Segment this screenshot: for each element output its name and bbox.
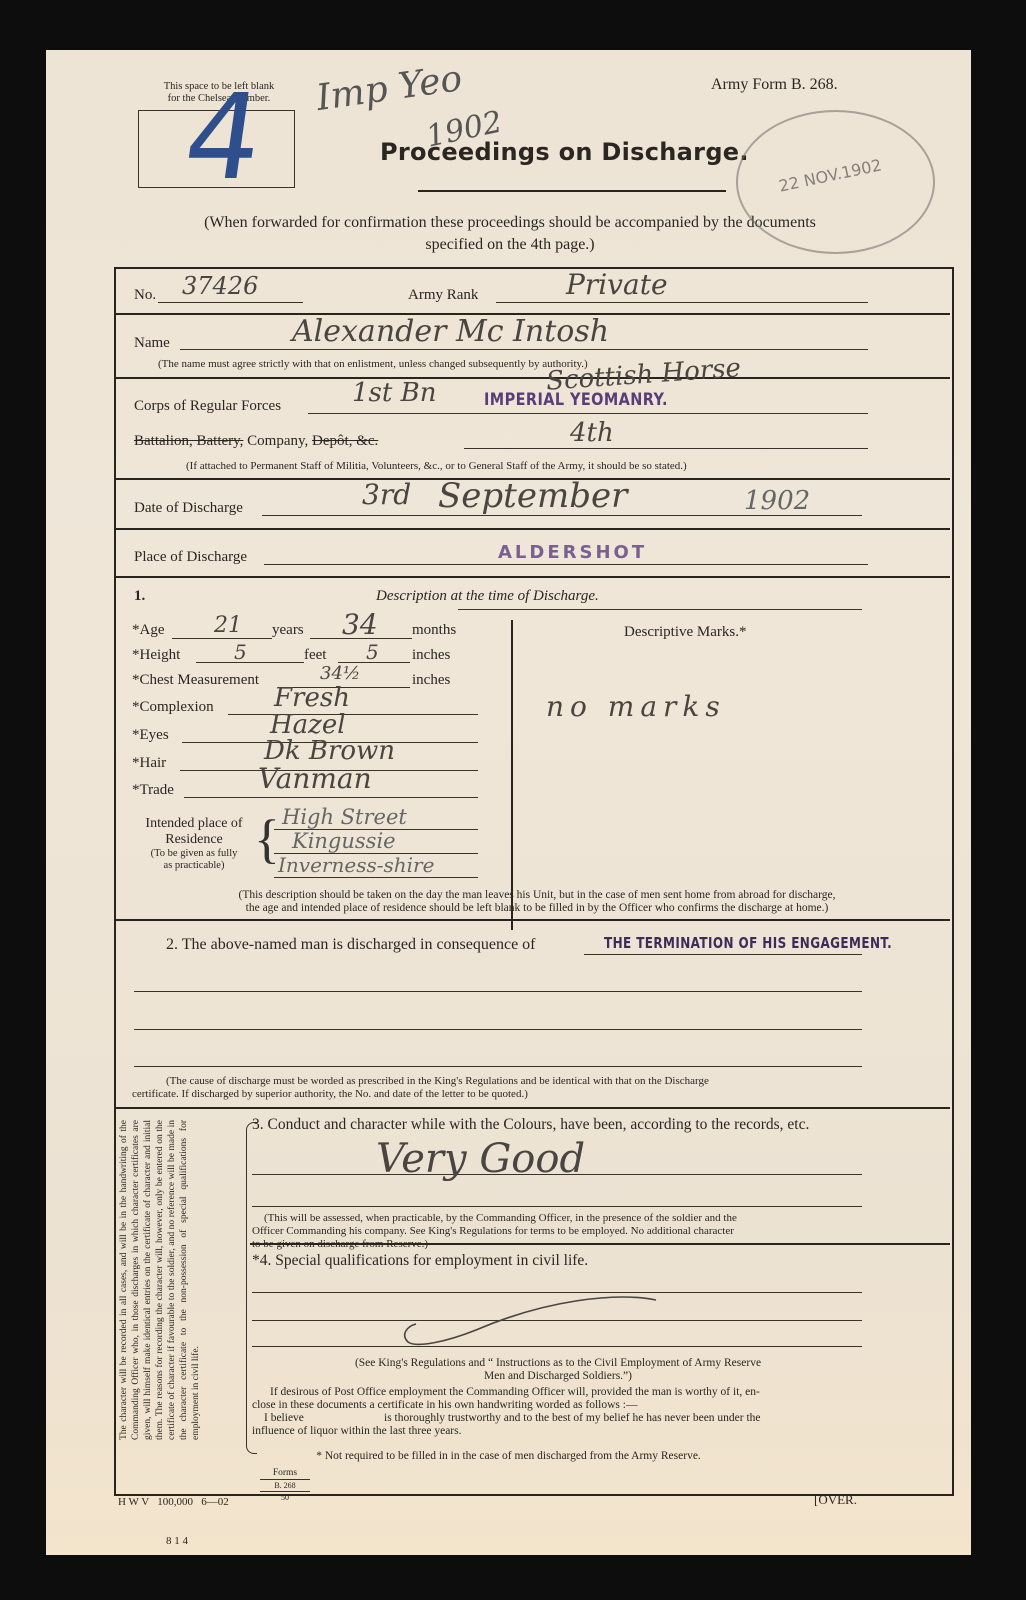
section4-text: *4. Special qualifications for employmen… xyxy=(252,1252,588,1270)
age-label: *Age xyxy=(132,622,165,639)
divider xyxy=(250,1243,950,1245)
battalion-depot-struck: Depôt, &c. xyxy=(312,433,378,449)
chest-inches-label: inches xyxy=(412,672,450,689)
chest-value: 34½ xyxy=(320,663,360,684)
post-office-note: If desirous of Post Office employment th… xyxy=(252,1386,864,1438)
believe-a: I believe xyxy=(252,1412,384,1425)
asterisk-footnote: * Not required to be filled in in the ca… xyxy=(46,1450,971,1463)
believe-b: is thoroughly trustworthy and to the bes… xyxy=(384,1412,761,1424)
corps-stamp: IMPERIAL YEOMANRY. xyxy=(484,390,668,410)
trade-line xyxy=(184,797,478,798)
attached-note: (If attached to Permanent Staff of Milit… xyxy=(186,460,687,473)
divider xyxy=(116,528,950,530)
section2-text: 2. The above-named man is discharged in … xyxy=(166,936,536,954)
descriptive-marks-label: Descriptive Marks.* xyxy=(624,624,746,641)
descriptive-marks-value: no marks xyxy=(546,690,726,723)
section1-heading: Description at the time of Discharge. xyxy=(376,588,599,605)
annotation-imp-yeo: Imp Yeo xyxy=(314,58,465,119)
corps-battalion-value: 1st Bn xyxy=(352,378,436,408)
eyes-label: *Eyes xyxy=(132,727,169,744)
section2-note: (The cause of discharge must be worded a… xyxy=(132,1075,942,1101)
post-office-line3: I believeis thoroughly trustworthy and t… xyxy=(252,1412,864,1425)
height-feet-line xyxy=(196,662,304,663)
corps-label: Corps of Regular Forces xyxy=(134,398,281,415)
name-line xyxy=(180,349,868,350)
section2-note-line2: certificate. If discharged by superior a… xyxy=(132,1088,942,1101)
complexion-line xyxy=(228,714,478,715)
printer-info: H W V 100,000 6—02 8 1 4 xyxy=(118,1470,229,1574)
postmark-date: 22 NOV.1902 xyxy=(777,155,883,195)
divider xyxy=(116,919,950,921)
battalion-label: Battalion, Battery, Company, Depôt, &c. xyxy=(134,433,378,450)
name-label: Name xyxy=(134,335,170,352)
side-note-container: The character will be recorded in all ca… xyxy=(118,1120,248,1440)
description-heading-line xyxy=(458,609,862,610)
inches-label: inches xyxy=(412,647,450,664)
rank-value: Private xyxy=(566,268,668,301)
section4-note-line2: Men and Discharged Soldiers.”) xyxy=(252,1370,864,1383)
place-line xyxy=(264,564,868,565)
form-number: Army Form B. 268. xyxy=(711,76,838,94)
age-months-value: 34 xyxy=(342,608,378,641)
section2-note-line1: (The cause of discharge must be worded a… xyxy=(132,1075,942,1088)
residence-label-line1: Intended place of xyxy=(130,816,258,832)
place-stamp: ALDERSHOT xyxy=(498,542,647,563)
page-title: Proceedings on Discharge. xyxy=(380,138,749,166)
residence-value3: Inverness-shire xyxy=(278,853,434,877)
section2-line4 xyxy=(134,1066,862,1067)
date-day: 3rd xyxy=(362,478,411,511)
date-month: September xyxy=(438,476,627,516)
section3-note: (This will be assessed, when practicable… xyxy=(252,1212,864,1251)
section4-note: (See King's Regulations and “ Instructio… xyxy=(252,1357,864,1383)
height-label: *Height xyxy=(132,647,180,664)
footnote-line1: (This description should be taken on the… xyxy=(132,889,942,902)
post-office-line1: If desirous of Post Office employment th… xyxy=(252,1386,864,1399)
name-value: Alexander Mc Intosh xyxy=(292,314,609,349)
forms-top: Forms xyxy=(260,1468,310,1480)
chest-label: *Chest Measurement xyxy=(132,672,259,689)
section2-line3 xyxy=(134,1029,862,1030)
rank-line xyxy=(496,302,868,303)
date-year: 1902 xyxy=(744,486,810,516)
title-underline xyxy=(418,190,726,192)
divider xyxy=(116,377,950,379)
company-line xyxy=(464,448,868,449)
residence-value2: Kingussie xyxy=(292,829,396,853)
residence-value1: High Street xyxy=(282,805,407,829)
printer-line2: 8 1 4 xyxy=(118,1535,229,1548)
forms-mid: B. 268 xyxy=(260,1480,310,1492)
discharge-cause-stamp: THE TERMINATION OF HIS ENGAGEMENT. xyxy=(604,934,892,952)
age-years-line xyxy=(172,638,272,639)
section4-note-line1: (See King's Regulations and “ Instructio… xyxy=(252,1357,864,1370)
section3-note-line2: Officer Commanding his company. See King… xyxy=(252,1225,864,1238)
document-page: This space to be left blank for the Chel… xyxy=(46,50,971,1555)
date-label: Date of Discharge xyxy=(134,500,243,517)
section2-line2 xyxy=(134,991,862,992)
trade-value: Vanman xyxy=(258,762,372,795)
section4-strike-mark xyxy=(386,1290,666,1350)
feet-label: feet xyxy=(304,647,326,664)
months-label: months xyxy=(412,622,456,639)
divider xyxy=(116,1107,950,1109)
no-line xyxy=(158,302,303,303)
place-label: Place of Discharge xyxy=(134,549,247,566)
description-footnote: (This description should be taken on the… xyxy=(132,889,942,915)
company-value: 4th xyxy=(570,418,614,448)
age-years-value: 21 xyxy=(214,613,242,638)
battalion-company: Company, xyxy=(247,433,308,449)
section1-number: 1. xyxy=(134,588,145,605)
residence-line3 xyxy=(274,877,478,878)
residence-label-line2: Residence xyxy=(130,832,258,848)
forms-bot: 50 xyxy=(260,1492,310,1503)
over-marker: [OVER. xyxy=(814,1492,857,1508)
complexion-value: Fresh xyxy=(274,683,350,713)
post-office-line2: close in these documents a certificate i… xyxy=(252,1399,864,1412)
years-label: years xyxy=(272,622,304,639)
post-office-line4: influence of liquor within the last thre… xyxy=(252,1425,864,1438)
section3-note-line1: (This will be assessed, when practicable… xyxy=(252,1212,864,1225)
footnote-line2: the age and intended place of residence … xyxy=(132,902,942,915)
postmark-stamp: 22 NOV.1902 xyxy=(736,110,935,254)
forms-reference: Forms B. 268 50 xyxy=(260,1468,310,1503)
no-value: 37426 xyxy=(182,272,258,300)
conduct-value: Very Good xyxy=(376,1136,585,1182)
name-note: (The name must agree strictly with that … xyxy=(158,358,588,371)
corps-line xyxy=(308,413,868,414)
section2-line xyxy=(584,954,862,955)
complexion-label: *Complexion xyxy=(132,699,214,716)
printer-line1: H W V 100,000 6—02 xyxy=(118,1496,229,1509)
divider xyxy=(116,576,950,578)
height-feet-value: 5 xyxy=(234,640,247,664)
residence-label: Intended place of Residence (To be given… xyxy=(130,816,258,872)
rank-label: Army Rank xyxy=(408,287,478,304)
hair-label: *Hair xyxy=(132,755,166,772)
description-column-divider xyxy=(511,620,513,930)
side-note: The character will be recorded in all ca… xyxy=(118,1120,248,1440)
battalion-struck: Battalion, Battery, xyxy=(134,433,243,449)
residence-label-line3: (To be given as fully xyxy=(130,848,258,860)
height-inches-value: 5 xyxy=(366,640,379,664)
no-label: No. xyxy=(134,287,156,304)
trade-label: *Trade xyxy=(132,782,174,799)
section3-text: 3. Conduct and character while with the … xyxy=(252,1116,809,1134)
residence-brace: { xyxy=(254,812,280,866)
section3-line2 xyxy=(252,1206,862,1207)
residence-label-line4: as practicable) xyxy=(130,860,258,872)
